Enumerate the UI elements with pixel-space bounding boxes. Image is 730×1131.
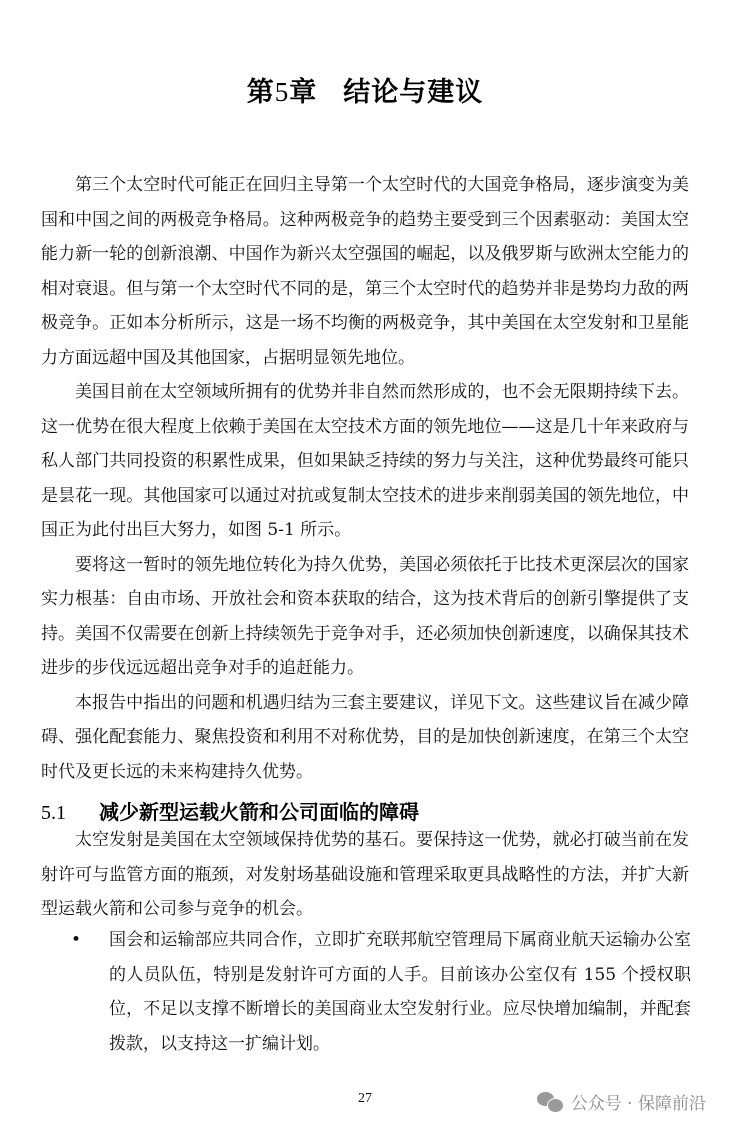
chapter-title-text: 结论与建议 (343, 77, 483, 108)
section-number: 5.1 (41, 802, 99, 825)
bullet-item: • 国会和运输部应共同合作，立即扩充联邦航空管理局下属商业航天运输办公室的人员队… (71, 923, 691, 1061)
chapter-suffix: 章 (289, 77, 317, 108)
body-paragraph: 第三个太空时代可能正在回归主导第一个太空时代的大国竞争格局，逐步演变为美国和中国… (41, 168, 689, 375)
section-title: 减少新型运载火箭和公司面临的障碍 (99, 800, 419, 824)
section-intro-paragraph: 太空发射是美国在太空领域保持优势的基石。要保持这一优势，就必打破当前在发射许可与… (41, 823, 689, 927)
watermark-text: 公众号 · 保障前沿 (571, 1089, 706, 1114)
section-intro-block: 太空发射是美国在太空领域保持优势的基石。要保持这一优势，就必打破当前在发射许可与… (41, 823, 689, 927)
chapter-title: 第5章结论与建议 (0, 70, 730, 109)
body-paragraph-1-block: 第三个太空时代可能正在回归主导第一个太空时代的大国竞争格局，逐步演变为美国和中国… (41, 168, 689, 789)
body-paragraph: 美国目前在太空领域所拥有的优势并非自然而然形成的，也不会无限期持续下去。这一优势… (41, 375, 689, 548)
wechat-icon (537, 1092, 563, 1112)
watermark: 公众号 · 保障前沿 (537, 1089, 706, 1114)
bullet-text: 国会和运输部应共同合作，立即扩充联邦航空管理局下属商业航天运输办公室的人员队伍，… (109, 923, 691, 1061)
body-paragraph: 本报告中指出的问题和机遇归结为三套主要建议，详见下文。这些建议旨在减少障碍、强化… (41, 686, 689, 790)
section-heading: 5.1减少新型运载火箭和公司面临的障碍 (41, 796, 419, 825)
document-page: 第5章结论与建议 第三个太空时代可能正在回归主导第一个太空时代的大国竞争格局，逐… (0, 0, 730, 1131)
bullet-marker: • (71, 923, 91, 958)
chapter-prefix: 第 (247, 77, 275, 108)
chapter-number: 5 (275, 77, 290, 107)
body-paragraph: 要将这一暂时的领先地位转化为持久优势，美国必须依托于比技术更深层次的国家实力根基… (41, 548, 689, 686)
